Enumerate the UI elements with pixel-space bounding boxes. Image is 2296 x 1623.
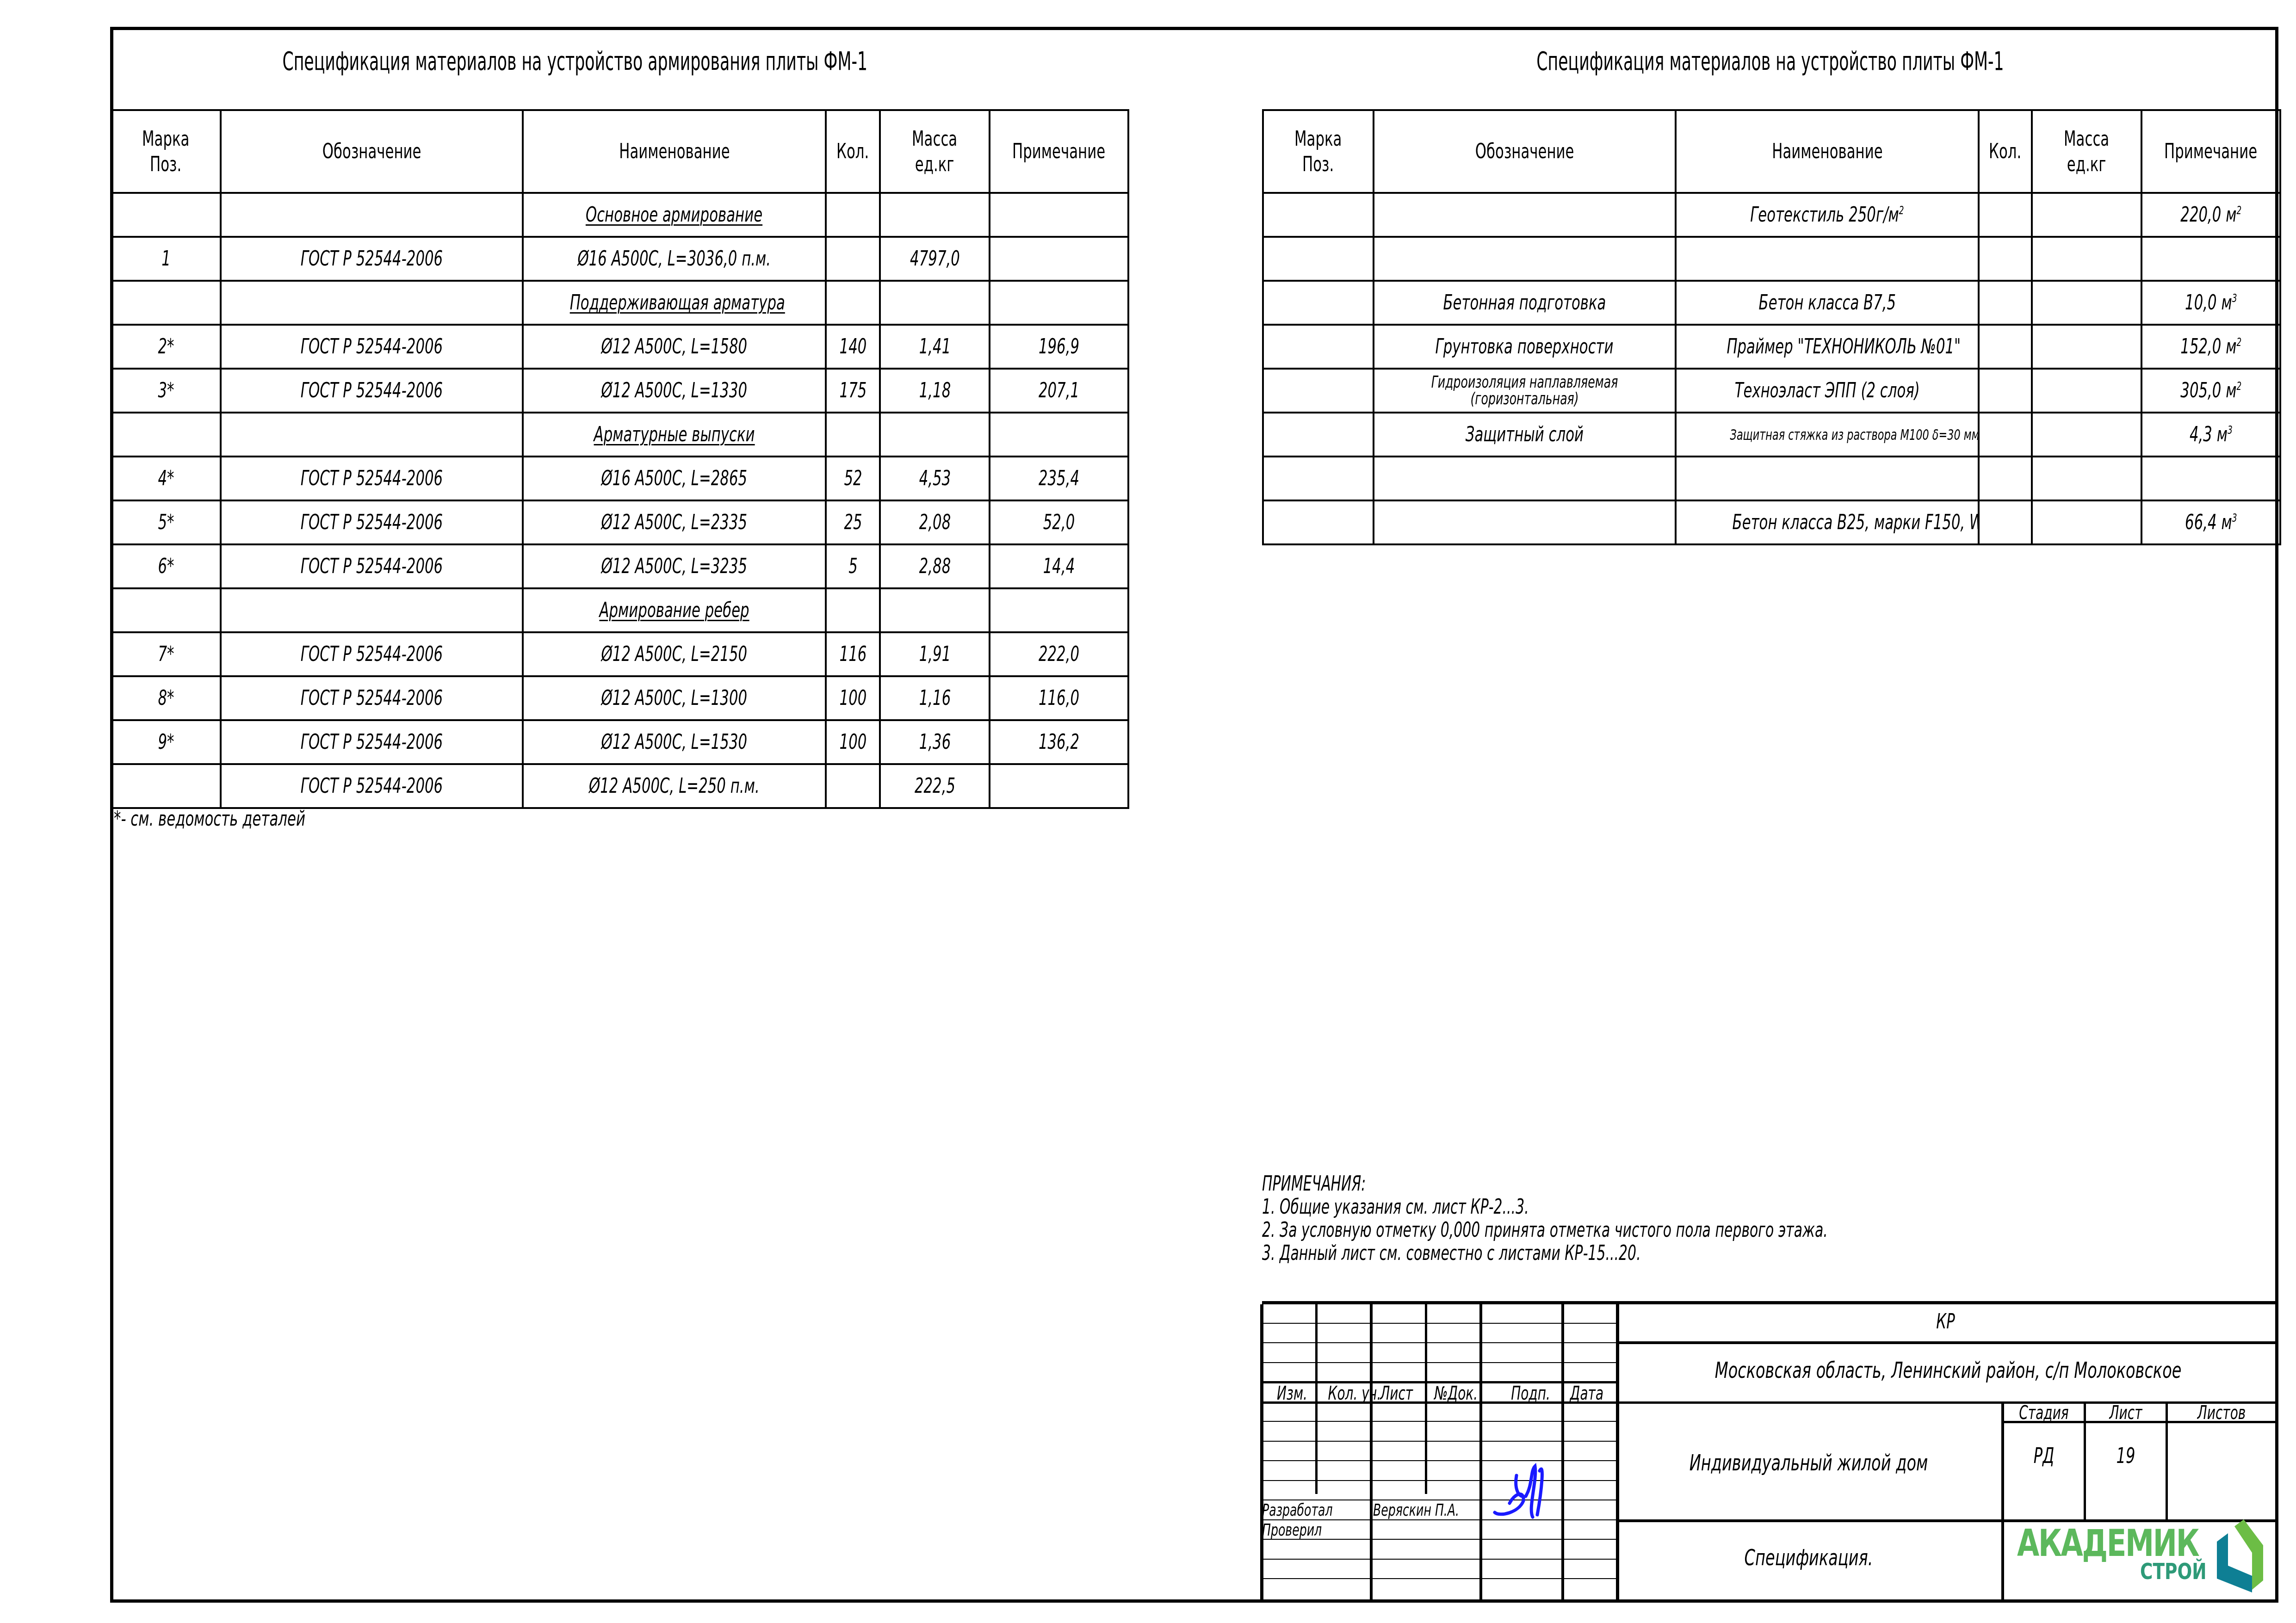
cell-note: 136,2 <box>990 720 1128 764</box>
table-row: Грунтовка поверхностиПраймер "ТЕХНОНИКОЛ… <box>1263 325 2280 369</box>
cell-qty <box>826 413 880 457</box>
cell-mark <box>111 588 221 632</box>
cell-mark: 2* <box>111 325 221 369</box>
cell-name: Ø12 А500С, L=1330 <box>523 369 826 413</box>
table-row: 3*ГОСТ Р 52544-2006Ø12 А500С, L=13301751… <box>111 369 1128 413</box>
object-name: Индивидуальный жилой дом <box>1674 1450 1943 1476</box>
table-row: ГОСТ Р 52544-2006Ø12 А500С, L=250 п.м.22… <box>111 764 1128 808</box>
cell-note: 207,1 <box>990 369 1128 413</box>
col-izm: Изм. <box>1277 1383 1307 1404</box>
cell-mark <box>1263 281 1374 325</box>
cell-qty: 25 <box>826 500 880 544</box>
cell-designation: ГОСТ Р 52544-2006 <box>221 237 523 281</box>
cell-name <box>1676 457 1979 500</box>
sheet-value: 19 <box>2098 1443 2154 1468</box>
cell-designation <box>221 193 523 237</box>
header-qty: Кол. <box>1979 110 2032 193</box>
cell-designation: ГОСТ Р 52544-2006 <box>221 369 523 413</box>
cell-designation: ГОСТ Р 52544-2006 <box>221 500 523 544</box>
cell-mass <box>2032 193 2141 237</box>
section-row: Поддерживающая арматура <box>111 281 1128 325</box>
col-data: Дата <box>1570 1383 1604 1404</box>
cell-designation <box>1374 193 1676 237</box>
cell-designation: ГОСТ Р 52544-2006 <box>221 676 523 720</box>
cell-qty: 116 <box>826 632 880 676</box>
header-mark: МаркаПоз. <box>1263 110 1374 193</box>
table-row <box>1263 237 2280 281</box>
header-mass: Массаед.кг <box>2032 110 2141 193</box>
cell-note: 116,0 <box>990 676 1128 720</box>
cell-qty: 52 <box>826 457 880 500</box>
header-mark: МаркаПоз. <box>111 110 221 193</box>
cell-mark: 6* <box>111 544 221 588</box>
cell-mark <box>111 193 221 237</box>
cell-designation <box>221 413 523 457</box>
cell-name: Бетон класса В7,5 <box>1676 281 1979 325</box>
project-location: Московская область, Ленинский район, с/п… <box>1715 1358 2177 1383</box>
note-item: 2. За условную отметку 0,000 принята отм… <box>1262 1219 1828 1242</box>
cell-designation: Гидроизоляция наплавляемая (горизонтальн… <box>1374 369 1676 413</box>
left-table-title: Спецификация материалов на устройство ар… <box>282 46 844 76</box>
cell-mark <box>111 281 221 325</box>
table-row: Бетонная подготовкаБетон класса В7,510,0… <box>1263 281 2280 325</box>
cell-note <box>2141 237 2280 281</box>
header-designation: Обозначение <box>221 110 523 193</box>
note-item: 1. Общие указания см. лист КР-2...3. <box>1262 1196 1828 1219</box>
table-row: Гидроизоляция наплавляемая (горизонтальн… <box>1263 369 2280 413</box>
cell-qty: 5 <box>826 544 880 588</box>
cell-designation: ГОСТ Р 52544-2006 <box>221 325 523 369</box>
cell-note: 152,0 м2 <box>2141 325 2280 369</box>
cell-designation: ГОСТ Р 52544-2006 <box>221 457 523 500</box>
cell-qty: 100 <box>826 676 880 720</box>
house-logo-icon <box>2217 1519 2268 1593</box>
cell-qty <box>826 193 880 237</box>
cell-mark: 8* <box>111 676 221 720</box>
table-row: Бетон класса В25, марки F150, W466,4 м3 <box>1263 500 2280 544</box>
header-designation: Обозначение <box>1374 110 1676 193</box>
cell-designation: Бетонная подготовка <box>1374 281 1676 325</box>
cell-note <box>2141 457 2280 500</box>
cell-qty: 175 <box>826 369 880 413</box>
table-row: Защитный слойЗащитная стяжка из раствора… <box>1263 413 2280 457</box>
right-spec-table: МаркаПоз.ОбозначениеНаименованиеКол.Масс… <box>1262 109 2281 545</box>
cell-mass <box>2032 281 2141 325</box>
sheet-name: Спецификация. <box>1674 1545 1943 1571</box>
cell-note: 14,4 <box>990 544 1128 588</box>
header-note: Примечание <box>2141 110 2280 193</box>
cell-qty <box>826 764 880 808</box>
cell-note <box>990 764 1128 808</box>
cell-mass: 4797,0 <box>880 237 990 281</box>
cell-mark <box>111 764 221 808</box>
cell-designation <box>221 281 523 325</box>
cell-qty <box>826 588 880 632</box>
right-table-title: Спецификация материалов на устройство пл… <box>1455 46 2085 76</box>
cell-qty: 140 <box>826 325 880 369</box>
cell-mark: 9* <box>111 720 221 764</box>
cell-mass: 1,16 <box>880 676 990 720</box>
cell-mark <box>1263 413 1374 457</box>
doc-code: КР <box>1715 1310 2177 1333</box>
cell-mark <box>1263 457 1374 500</box>
cell-note: 4,3 м3 <box>2141 413 2280 457</box>
cell-mass: 4,53 <box>880 457 990 500</box>
cell-name: Ø12 А500С, L=3235 <box>523 544 826 588</box>
cell-note: 305,0 м2 <box>2141 369 2280 413</box>
cell-designation: ГОСТ Р 52544-2006 <box>221 764 523 808</box>
company-logo: АКАДЕМИК СТРОЙ <box>2017 1522 2276 1596</box>
logo-text-sub: СТРОЙ <box>2140 1559 2207 1585</box>
table-row: 5*ГОСТ Р 52544-2006Ø12 А500С, L=2335252,… <box>111 500 1128 544</box>
cell-designation <box>1374 500 1676 544</box>
table-row: 8*ГОСТ Р 52544-2006Ø12 А500С, L=13001001… <box>111 676 1128 720</box>
cell-designation <box>221 588 523 632</box>
cell-mark <box>1263 369 1374 413</box>
role-checked: Проверил <box>1262 1521 1322 1540</box>
cell-name: Ø12 А500С, L=1530 <box>523 720 826 764</box>
table-row: 6*ГОСТ Р 52544-2006Ø12 А500С, L=323552,8… <box>111 544 1128 588</box>
cell-qty <box>826 281 880 325</box>
cell-mass: 2,88 <box>880 544 990 588</box>
table-row: 1ГОСТ Р 52544-2006Ø16 А500С, L=3036,0 п.… <box>111 237 1128 281</box>
cell-designation <box>1374 457 1676 500</box>
cell-mass <box>2032 457 2141 500</box>
header-qty: Кол. <box>826 110 880 193</box>
cell-mark: 4* <box>111 457 221 500</box>
note-item: 3. Данный лист см. совместно с листами К… <box>1262 1242 1828 1265</box>
cell-mass: 2,08 <box>880 500 990 544</box>
cell-note <box>990 237 1128 281</box>
notes-heading: ПРИМЕЧАНИЯ: <box>1262 1173 1828 1196</box>
cell-mass <box>880 193 990 237</box>
cell-mass: 1,91 <box>880 632 990 676</box>
table-row: 7*ГОСТ Р 52544-2006Ø12 А500С, L=21501161… <box>111 632 1128 676</box>
cell-mass <box>880 588 990 632</box>
section-title: Арматурные выпуски <box>523 413 826 457</box>
table-row <box>1263 457 2280 500</box>
cell-note <box>990 413 1128 457</box>
role-developed: Разработал <box>1262 1501 1333 1520</box>
cell-mass <box>2032 413 2141 457</box>
cell-mark: 3* <box>111 369 221 413</box>
section-title: Основное армирование <box>523 193 826 237</box>
stage-value: РД <box>2016 1443 2072 1468</box>
header-name: Наименование <box>523 110 826 193</box>
cell-mass <box>2032 325 2141 369</box>
cell-name: Техноэласт ЭПП (2 слоя) <box>1676 369 1979 413</box>
cell-designation: ГОСТ Р 52544-2006 <box>221 544 523 588</box>
cell-mass: 1,41 <box>880 325 990 369</box>
cell-mark: 1 <box>111 237 221 281</box>
footnote: *- см. ведомость деталей <box>114 807 305 831</box>
cell-mark <box>1263 193 1374 237</box>
cell-name: Ø12 А500С, L=2150 <box>523 632 826 676</box>
cell-designation: Грунтовка поверхности <box>1374 325 1676 369</box>
cell-mark: 7* <box>111 632 221 676</box>
cell-qty <box>1979 325 2032 369</box>
table-row: Геотекстиль 250г/м2220,0 м2 <box>1263 193 2280 237</box>
cell-name: Ø12 А500С, L=1300 <box>523 676 826 720</box>
cell-name: Ø12 А500С, L=1580 <box>523 325 826 369</box>
col-list: Лист <box>1380 1383 1413 1404</box>
cell-note: 220,0 м2 <box>2141 193 2280 237</box>
cell-name: Геотекстиль 250г/м2 <box>1676 193 1979 237</box>
cell-qty: 100 <box>826 720 880 764</box>
col-ndok: №Док. <box>1434 1383 1478 1404</box>
cell-mass <box>880 281 990 325</box>
section-title: Армирование ребер <box>523 588 826 632</box>
cell-mark <box>1263 237 1374 281</box>
cell-name: Ø12 А500С, L=2335 <box>523 500 826 544</box>
table-row: 4*ГОСТ Р 52544-2006Ø16 А500С, L=2865524,… <box>111 457 1128 500</box>
sheets-label: Листов <box>2184 1402 2259 1424</box>
cell-note: 10,0 м3 <box>2141 281 2280 325</box>
header-name: Наименование <box>1676 110 1979 193</box>
cell-mark <box>1263 500 1374 544</box>
cell-name: Бетон класса В25, марки F150, W4 <box>1676 500 1979 544</box>
cell-qty <box>1979 281 2032 325</box>
developer-name: Веряскин П.А. <box>1373 1501 1459 1520</box>
stage-label: Стадия <box>2016 1402 2072 1424</box>
cell-name <box>1676 237 1979 281</box>
cell-name: Ø16 А500С, L=2865 <box>523 457 826 500</box>
cell-note: 66,4 м3 <box>2141 500 2280 544</box>
cell-note: 52,0 <box>990 500 1128 544</box>
cell-mass <box>2032 369 2141 413</box>
cell-qty <box>1979 500 2032 544</box>
signature-icon <box>1491 1457 1560 1522</box>
cell-note: 196,9 <box>990 325 1128 369</box>
cell-designation: Защитный слой <box>1374 413 1676 457</box>
cell-qty <box>1979 237 2032 281</box>
table-row: 2*ГОСТ Р 52544-2006Ø12 А500С, L=15801401… <box>111 325 1128 369</box>
cell-mark <box>1263 325 1374 369</box>
cell-mark <box>111 413 221 457</box>
cell-name: Защитная стяжка из раствора М100 δ=30 мм <box>1676 413 1979 457</box>
cell-mass: 1,18 <box>880 369 990 413</box>
cell-mark: 5* <box>111 500 221 544</box>
section-row: Армирование ребер <box>111 588 1128 632</box>
cell-qty <box>1979 413 2032 457</box>
col-podp: Подп. <box>1511 1383 1550 1404</box>
cell-name: Ø16 А500С, L=3036,0 п.м. <box>523 237 826 281</box>
cell-mass: 222,5 <box>880 764 990 808</box>
col-kol-uch: Кол. уч. <box>1328 1383 1381 1404</box>
cell-designation: ГОСТ Р 52544-2006 <box>221 632 523 676</box>
header-note: Примечание <box>990 110 1128 193</box>
cell-qty <box>1979 369 2032 413</box>
cell-mass: 1,36 <box>880 720 990 764</box>
cell-note: 235,4 <box>990 457 1128 500</box>
cell-designation <box>1374 237 1676 281</box>
notes-block: ПРИМЕЧАНИЯ: 1. Общие указания см. лист К… <box>1262 1173 1828 1265</box>
cell-note <box>990 588 1128 632</box>
cell-mass <box>2032 500 2141 544</box>
cell-name: Праймер "ТЕХНОНИКОЛЬ №01" <box>1676 325 1979 369</box>
cell-qty <box>1979 457 2032 500</box>
cell-qty <box>826 237 880 281</box>
cell-qty <box>1979 193 2032 237</box>
cell-note: 222,0 <box>990 632 1128 676</box>
section-row: Основное армирование <box>111 193 1128 237</box>
cell-note <box>990 193 1128 237</box>
cell-note <box>990 281 1128 325</box>
cell-name: Ø12 А500С, L=250 п.м. <box>523 764 826 808</box>
sheet-label: Лист <box>2098 1402 2154 1424</box>
section-title: Поддерживающая арматура <box>523 281 826 325</box>
cell-mass <box>2032 237 2141 281</box>
cell-designation: ГОСТ Р 52544-2006 <box>221 720 523 764</box>
left-spec-table: МаркаПоз.ОбозначениеНаименованиеКол.Масс… <box>110 109 1129 809</box>
table-row: 9*ГОСТ Р 52544-2006Ø12 А500С, L=15301001… <box>111 720 1128 764</box>
section-row: Арматурные выпуски <box>111 413 1128 457</box>
cell-mass <box>880 413 990 457</box>
header-mass: Массаед.кг <box>880 110 990 193</box>
